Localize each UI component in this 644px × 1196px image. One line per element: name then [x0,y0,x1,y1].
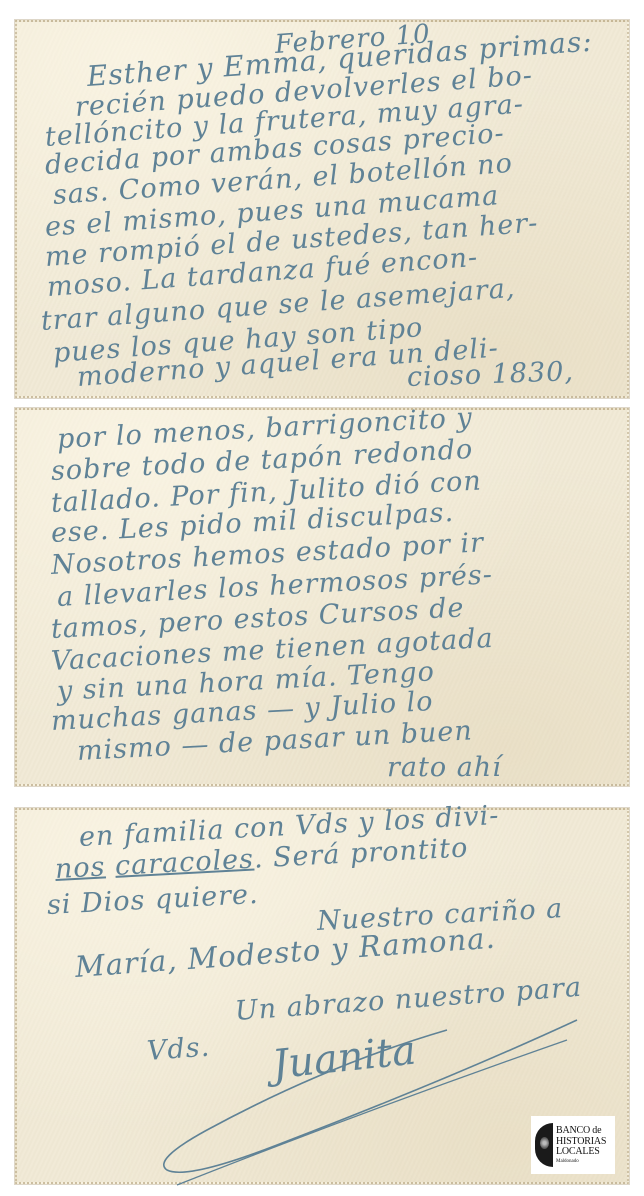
tree-icon [535,1123,553,1167]
letter-line: María, Modesto y Ramona. [74,921,497,984]
logo-text-line3: LOCALES [556,1147,606,1158]
logo-subtitle: Maldonado [556,1159,606,1164]
banco-historias-locales-logo: BANCO de HISTORIAS LOCALES Maldonado [531,1116,615,1174]
letter-line: rato ahí [387,752,502,783]
letter-card-page-2: por lo menos, barrigoncito y sobre todo … [15,408,629,786]
letter-line: si Dios quiere. [46,879,259,921]
underlined-word: caracoles [114,844,255,882]
letter-card-page-3: en familia con Vds y los divi- nos carac… [15,808,629,1184]
letter-card-page-1: Febrero 10 Esther y Emma, queridas prima… [15,20,629,398]
letter-line: cioso 1830, [406,356,574,393]
underlined-word: nos [54,851,106,885]
